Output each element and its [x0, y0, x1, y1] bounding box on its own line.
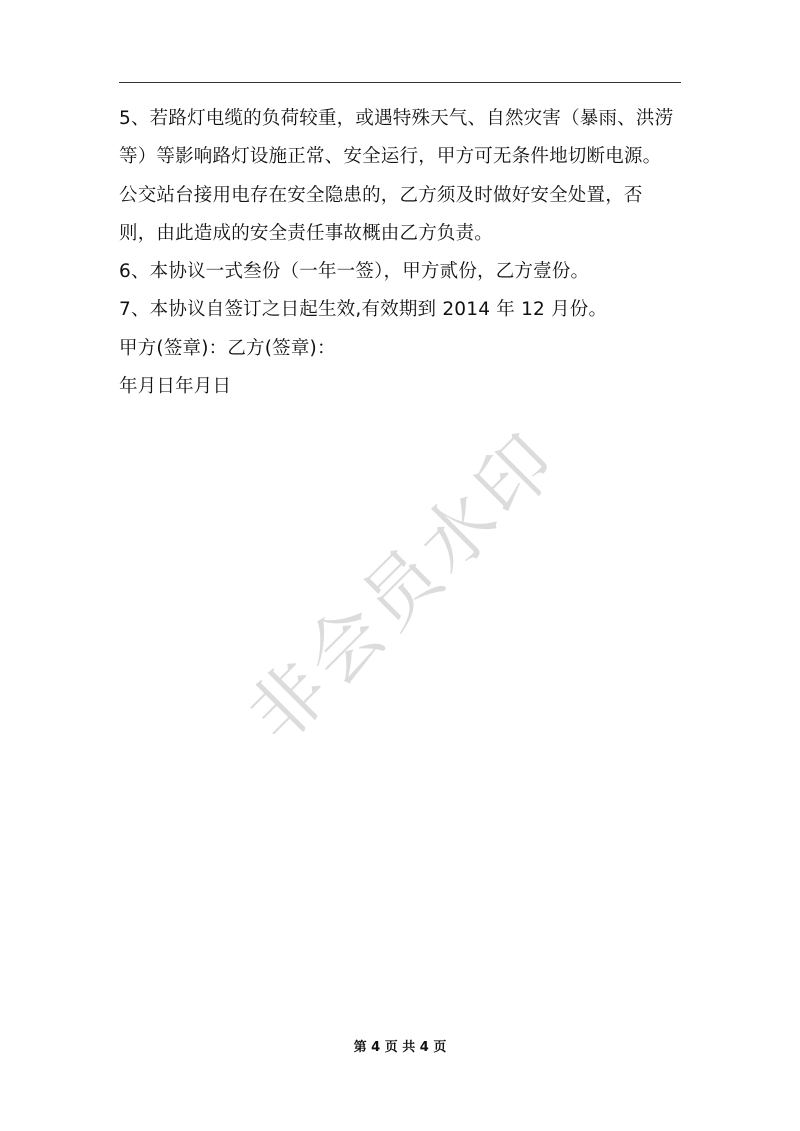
signature-line: 甲方(签章)：乙方(签章)：	[119, 330, 689, 368]
clause-5-line-2: 等）等影响路灯设施正常、安全运行，甲方可无条件地切断电源。	[119, 138, 689, 176]
document-body: 5、若路灯电缆的负荷较重，或遇特殊天气、自然灾害（暴雨、洪涝 等）等影响路灯设施…	[119, 100, 689, 406]
clause-7: 7、本协议自签订之日起生效,有效期到 2014 年 12 月份。	[119, 291, 689, 329]
header-rule	[119, 82, 681, 83]
clause-6: 6、本协议一式叁份（一年一签），甲方贰份，乙方壹份。	[119, 253, 689, 291]
clause-5-line-3: 公交站台接用电存在安全隐患的，乙方须及时做好安全处置，否	[119, 177, 689, 215]
clause-5-line-1: 5、若路灯电缆的负荷较重，或遇特殊天气、自然灾害（暴雨、洪涝	[119, 100, 689, 138]
date-line: 年月日年月日	[119, 368, 689, 406]
clause-5-line-4: 则，由此造成的安全责任事故概由乙方负责。	[119, 215, 689, 253]
page-footer: 第 4 页 共 4 页	[0, 1036, 800, 1055]
watermark: 非会员水印	[200, 383, 600, 783]
